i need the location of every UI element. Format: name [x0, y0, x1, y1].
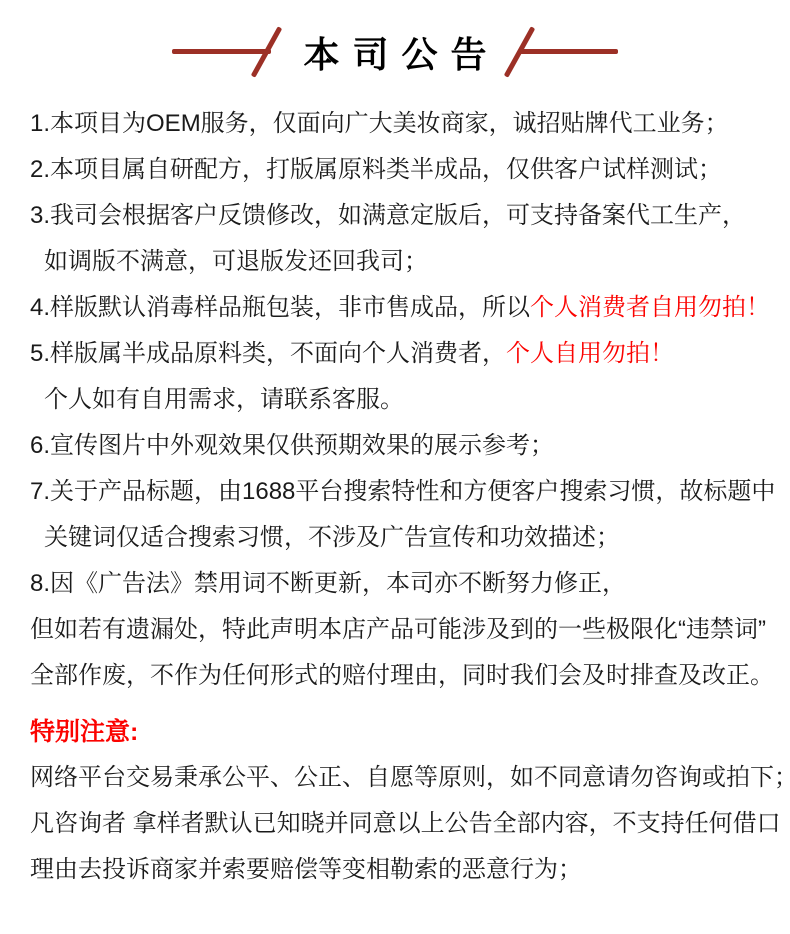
notice-text: 2.本项目属自研配方，打版属原料类半成品，仅供客户试样测试；: [30, 156, 722, 183]
decor-line-icon: [519, 49, 618, 54]
notice-content: 1.本项目为OEM服务，仅面向广大美妆商家，诚招贴牌代工业务；2.本项目属自研配…: [0, 101, 790, 893]
notice-line: 4.样版默认消毒样品瓶包装，非市售成品，所以个人消费者自用勿拍！: [30, 285, 760, 331]
special-paragraph: 理由去投诉商家并索要赔偿等变相勒索的恶意行为；: [30, 847, 760, 893]
page-title-row: 本司公告: [0, 24, 790, 80]
notice-text: 7.关于产品标题，由1688平台搜索特性和方便客户搜索习惯，故标题中: [30, 478, 775, 505]
title-decor-left: [172, 24, 285, 80]
notice-text: 全部作废，不作为任何形式的赔付理由，同时我们会及时排查及改正。: [30, 662, 774, 689]
special-paragraph: 凡咨询者 拿样者默认已知晓并同意以上公告全部内容，不支持任何借口: [30, 801, 760, 847]
decor-line-icon: [172, 49, 271, 54]
notice-text: 如调版不满意，可退版发还回我司；: [44, 248, 428, 275]
notice-line: 2.本项目属自研配方，打版属原料类半成品，仅供客户试样测试；: [30, 147, 760, 193]
notice-line: 如调版不满意，可退版发还回我司；: [30, 239, 760, 285]
notice-line: 7.关于产品标题，由1688平台搜索特性和方便客户搜索习惯，故标题中: [30, 469, 760, 515]
notice-text: 但如若有遗漏处，特此声明本店产品可能涉及到的一些极限化“违禁词”: [30, 616, 766, 643]
special-paragraphs: 网络平台交易秉承公平、公正、自愿等原则，如不同意请勿咨询或拍下；凡咨询者 拿样者…: [30, 755, 760, 893]
notice-list: 1.本项目为OEM服务，仅面向广大美妆商家，诚招贴牌代工业务；2.本项目属自研配…: [30, 101, 760, 699]
notice-text: 6.宣传图片中外观效果仅供预期效果的展示参考；: [30, 432, 554, 459]
special-paragraph: 网络平台交易秉承公平、公正、自愿等原则，如不同意请勿咨询或拍下；: [30, 755, 760, 801]
notice-line: 3.我司会根据客户反馈修改，如满意定版后，可支持备案代工生产，: [30, 193, 760, 239]
notice-text: 8.因《广告法》禁用词不断更新，本司亦不断努力修正，: [30, 570, 626, 597]
notice-text: 4.样版默认消毒样品瓶包装，非市售成品，所以: [30, 294, 530, 321]
notice-warning-text: 个人消费者自用勿拍！: [530, 294, 770, 321]
notice-warning-text: 个人自用勿拍！: [506, 340, 674, 367]
notice-line: 1.本项目为OEM服务，仅面向广大美妆商家，诚招贴牌代工业务；: [30, 101, 760, 147]
page-title: 本司公告: [303, 27, 499, 78]
notice-line: 个人如有自用需求，请联系客服。: [30, 377, 760, 423]
notice-line: 5.样版属半成品原料类，不面向个人消费者，个人自用勿拍！: [30, 331, 760, 377]
notice-line: 关键词仅适合搜索习惯，不涉及广告宣传和功效描述；: [30, 515, 760, 561]
special-notice-heading: 特别注意:: [30, 709, 760, 755]
notice-text: 3.我司会根据客户反馈修改，如满意定版后，可支持备案代工生产，: [30, 202, 746, 229]
announcement-page: 本司公告 1.本项目为OEM服务，仅面向广大美妆商家，诚招贴牌代工业务；2.本项…: [0, 0, 790, 934]
title-decor-right: [505, 24, 618, 80]
notice-line: 8.因《广告法》禁用词不断更新，本司亦不断努力修正，: [30, 561, 760, 607]
notice-line: 但如若有遗漏处，特此声明本店产品可能涉及到的一些极限化“违禁词”: [30, 607, 760, 653]
notice-line: 全部作废，不作为任何形式的赔付理由，同时我们会及时排查及改正。: [30, 653, 760, 699]
notice-text: 关键词仅适合搜索习惯，不涉及广告宣传和功效描述；: [44, 524, 620, 551]
notice-text: 1.本项目为OEM服务，仅面向广大美妆商家，诚招贴牌代工业务；: [30, 110, 729, 137]
notice-line: 6.宣传图片中外观效果仅供预期效果的展示参考；: [30, 423, 760, 469]
notice-text: 5.样版属半成品原料类，不面向个人消费者，: [30, 340, 506, 367]
notice-text: 个人如有自用需求，请联系客服。: [44, 386, 404, 413]
